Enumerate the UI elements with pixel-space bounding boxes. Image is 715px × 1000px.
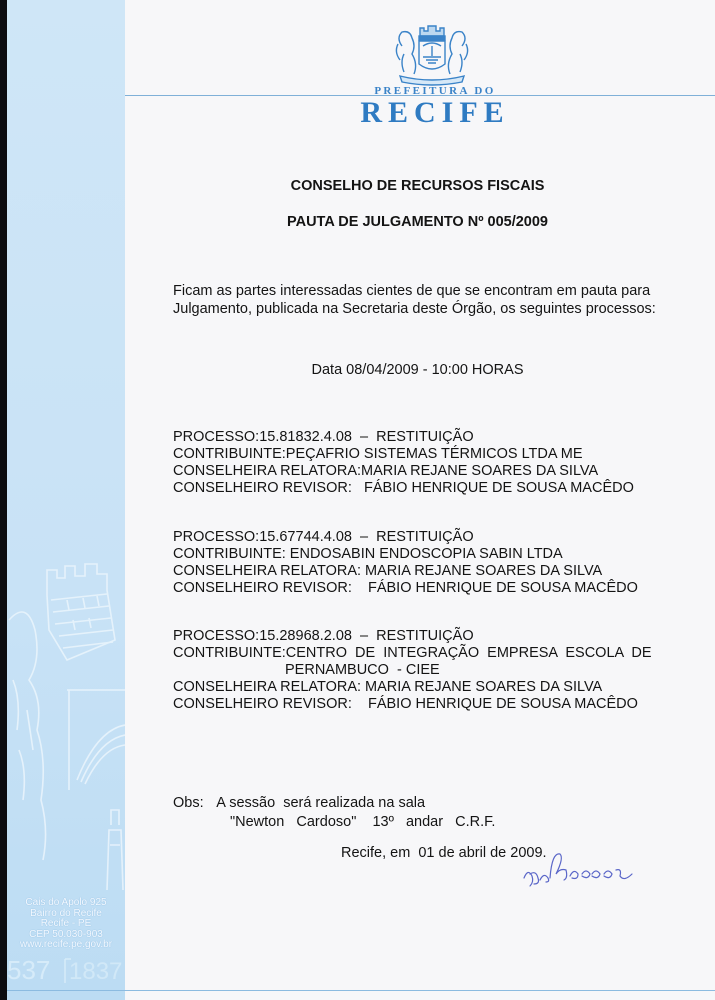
reviewer: CONSELHEIRO REVISOR: FÁBIO HENRIQUE DE S… — [173, 580, 673, 597]
intro-paragraph: Ficam as partes interessadas cientes de … — [173, 282, 673, 318]
svg-text:1837: 1837 — [69, 958, 122, 985]
reviewer: CONSELHEIRO REVISOR: FÁBIO HENRIQUE DE S… — [173, 696, 673, 713]
years-watermark-icon: 537 1837 — [7, 955, 125, 985]
website-link[interactable]: www.recife.pe.gov.br — [7, 940, 125, 951]
obs-text: A sessão será realizada na sala — [216, 795, 425, 811]
place-and-date: Recife, em 01 de abril de 2009. — [341, 845, 547, 861]
observation: Obs: A sessão será realizada na sala "Ne… — [173, 794, 495, 832]
scan-edge — [0, 0, 7, 1000]
process-entry: PROCESSO:15.67744.4.08 – RESTITUIÇÃO CON… — [173, 529, 673, 597]
process-entry: PROCESSO:15.81832.4.08 – RESTITUIÇÃO CON… — [173, 429, 673, 497]
obs-room: "Newton Cardoso" 13º andar C.R.F. — [173, 813, 495, 832]
address-line: Recife - PE — [7, 919, 125, 930]
letterhead-address: Cais do Apolo 925 Bairro do Recife Recif… — [7, 898, 125, 951]
document-subtitle: PAUTA DE JULGAMENTO Nº 005/2009 — [160, 214, 675, 230]
coat-of-arms-icon — [390, 24, 474, 86]
document-title: CONSELHO DE RECURSOS FISCAIS — [160, 178, 675, 194]
process-number: PROCESSO:15.28968.2.08 – RESTITUIÇÃO — [173, 628, 673, 645]
taxpayer: CONTRIBUINTE: ENDOSABIN ENDOSCOPIA SABIN… — [173, 546, 673, 563]
rapporteur: CONSELHEIRA RELATORA: MARIA REJANE SOARE… — [173, 563, 673, 580]
session-date: Data 08/04/2009 - 10:00 HORAS — [160, 362, 675, 378]
rapporteur: CONSELHEIRA RELATORA:MARIA REJANE SOARES… — [173, 463, 673, 480]
footer-rule — [7, 990, 715, 991]
org-name: RECIFE — [340, 96, 530, 130]
signature-icon — [520, 848, 645, 890]
taxpayer: CONTRIBUINTE:PEÇAFRIO SISTEMAS TÉRMICOS … — [173, 446, 673, 463]
process-number: PROCESSO:15.81832.4.08 – RESTITUIÇÃO — [173, 429, 673, 446]
reviewer: CONSELHEIRO REVISOR: FÁBIO HENRIQUE DE S… — [173, 480, 673, 497]
process-number: PROCESSO:15.67744.4.08 – RESTITUIÇÃO — [173, 529, 673, 546]
city-watermark-icon — [7, 560, 125, 890]
obs-label: Obs: — [173, 794, 205, 813]
taxpayer: CONTRIBUINTE:CENTRO DE INTEGRAÇÃO EMPRES… — [173, 645, 673, 662]
svg-text:537: 537 — [7, 955, 50, 985]
address-line: Cais do Apolo 925 — [7, 898, 125, 909]
rapporteur: CONSELHEIRA RELATORA: MARIA REJANE SOARE… — [173, 679, 673, 696]
process-entry: PROCESSO:15.28968.2.08 – RESTITUIÇÃO CON… — [173, 628, 673, 713]
taxpayer-continued: PERNAMBUCO - CIEE — [173, 662, 673, 679]
